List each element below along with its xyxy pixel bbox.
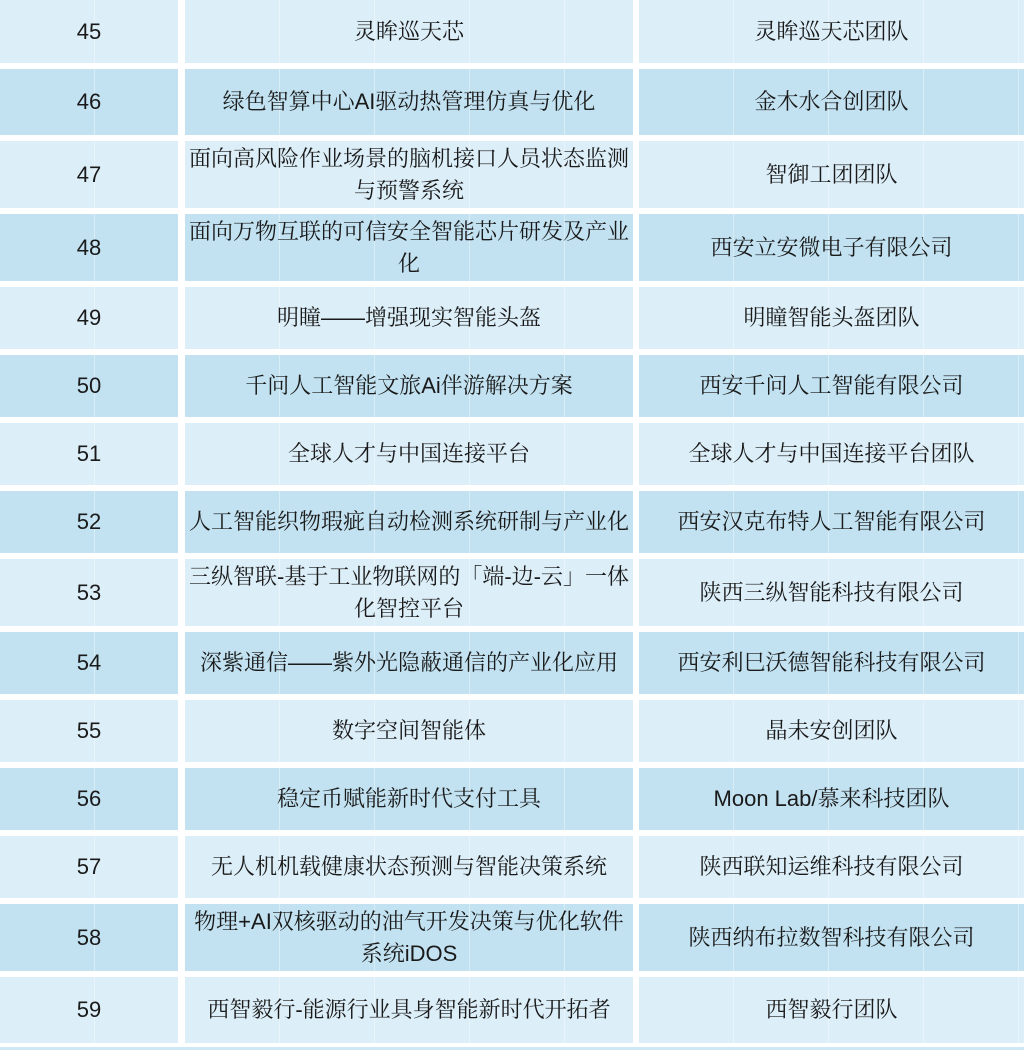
table-row: 49 明瞳——增强现实智能头盔 明瞳智能头盔团队 [0,287,1024,349]
team-name-cell: 陕西纳布拉数智科技有限公司 [639,904,1024,971]
row-number-cell: 49 [0,287,178,349]
table-row: 52 人工智能织物瑕疵自动检测系统研制与产业化 西安汉克布特人工智能有限公司 [0,491,1024,553]
row-number-cell: 59 [0,977,178,1043]
table-row: 48 面向万物互联的可信安全智能芯片研发及产业 化 西安立安微电子有限公司 [0,214,1024,281]
project-list-table: 45 灵眸巡天芯 灵眸巡天芯团队 46 绿色智算中心AI驱动热管理仿真与优化 金… [0,0,1024,1047]
team-name-cell: Moon Lab/慕来科技团队 [639,768,1024,830]
team-name-cell: 西安千问人工智能有限公司 [639,355,1024,417]
table-row: 53 三纵智联-基于工业物联网的「端-边-云」一体 化智控平台 陕西三纵智能科技… [0,559,1024,626]
team-name-cell: 明瞳智能头盔团队 [639,287,1024,349]
table-row: 50 千问人工智能文旅Ai伴游解决方案 西安千问人工智能有限公司 [0,355,1024,417]
row-number-cell: 56 [0,768,178,830]
row-number-cell: 47 [0,141,178,208]
project-name-cell: 千问人工智能文旅Ai伴游解决方案 [185,355,633,417]
row-number-cell: 48 [0,214,178,281]
team-name-cell: 全球人才与中国连接平台团队 [639,423,1024,485]
team-name-cell: 西智毅行团队 [639,977,1024,1043]
row-number-cell: 54 [0,632,178,694]
table-row: 55 数字空间智能体 晶未安创团队 [0,700,1024,762]
row-number-cell: 46 [0,69,178,135]
table-row: 54 深紫通信——紫外光隐蔽通信的产业化应用 西安利巳沃德智能科技有限公司 [0,632,1024,694]
team-name-cell: 西安利巳沃德智能科技有限公司 [639,632,1024,694]
team-name-cell: 陕西三纵智能科技有限公司 [639,559,1024,626]
row-number-cell: 50 [0,355,178,417]
project-name-cell: 面向万物互联的可信安全智能芯片研发及产业 化 [185,214,633,281]
project-name-cell: 明瞳——增强现实智能头盔 [185,287,633,349]
row-number-cell: 55 [0,700,178,762]
project-name-cell: 深紫通信——紫外光隐蔽通信的产业化应用 [185,632,633,694]
table-row: 56 稳定币赋能新时代支付工具 Moon Lab/慕来科技团队 [0,768,1024,830]
project-name-cell: 三纵智联-基于工业物联网的「端-边-云」一体 化智控平台 [185,559,633,626]
table-row: 58 物理+AI双核驱动的油气开发决策与优化软件 系统iDOS 陕西纳布拉数智科… [0,904,1024,971]
team-name-cell: 金木水合创团队 [639,69,1024,135]
team-name-cell: 陕西联知运维科技有限公司 [639,836,1024,898]
team-name-cell: 西安汉克布特人工智能有限公司 [639,491,1024,553]
row-number-cell: 52 [0,491,178,553]
project-name-cell: 数字空间智能体 [185,700,633,762]
team-name-cell: 灵眸巡天芯团队 [639,0,1024,63]
table-row: 57 无人机机载健康状态预测与智能决策系统 陕西联知运维科技有限公司 [0,836,1024,898]
team-name-cell: 智御工团团队 [639,141,1024,208]
table-row: 47 面向高风险作业场景的脑机接口人员状态监测 与预警系统 智御工团团队 [0,141,1024,208]
table-row: 59 西智毅行-能源行业具身智能新时代开拓者 西智毅行团队 [0,977,1024,1043]
project-name-cell: 面向高风险作业场景的脑机接口人员状态监测 与预警系统 [185,141,633,208]
project-name-cell: 灵眸巡天芯 [185,0,633,63]
team-name-cell: 西安立安微电子有限公司 [639,214,1024,281]
team-name-cell: 晶未安创团队 [639,700,1024,762]
row-number-cell: 58 [0,904,178,971]
table-row: 51 全球人才与中国连接平台 全球人才与中国连接平台团队 [0,423,1024,485]
page: 45 灵眸巡天芯 灵眸巡天芯团队 46 绿色智算中心AI驱动热管理仿真与优化 金… [0,0,1024,1050]
row-number-cell: 53 [0,559,178,626]
row-number-cell: 51 [0,423,178,485]
row-number-cell: 45 [0,0,178,63]
project-name-cell: 全球人才与中国连接平台 [185,423,633,485]
project-name-cell: 绿色智算中心AI驱动热管理仿真与优化 [185,69,633,135]
project-name-cell: 人工智能织物瑕疵自动检测系统研制与产业化 [185,491,633,553]
row-number-cell: 57 [0,836,178,898]
project-name-cell: 稳定币赋能新时代支付工具 [185,768,633,830]
project-name-cell: 西智毅行-能源行业具身智能新时代开拓者 [185,977,633,1043]
table-row: 46 绿色智算中心AI驱动热管理仿真与优化 金木水合创团队 [0,69,1024,135]
project-name-cell: 物理+AI双核驱动的油气开发决策与优化软件 系统iDOS [185,904,633,971]
project-name-cell: 无人机机载健康状态预测与智能决策系统 [185,836,633,898]
table-row: 45 灵眸巡天芯 灵眸巡天芯团队 [0,0,1024,63]
